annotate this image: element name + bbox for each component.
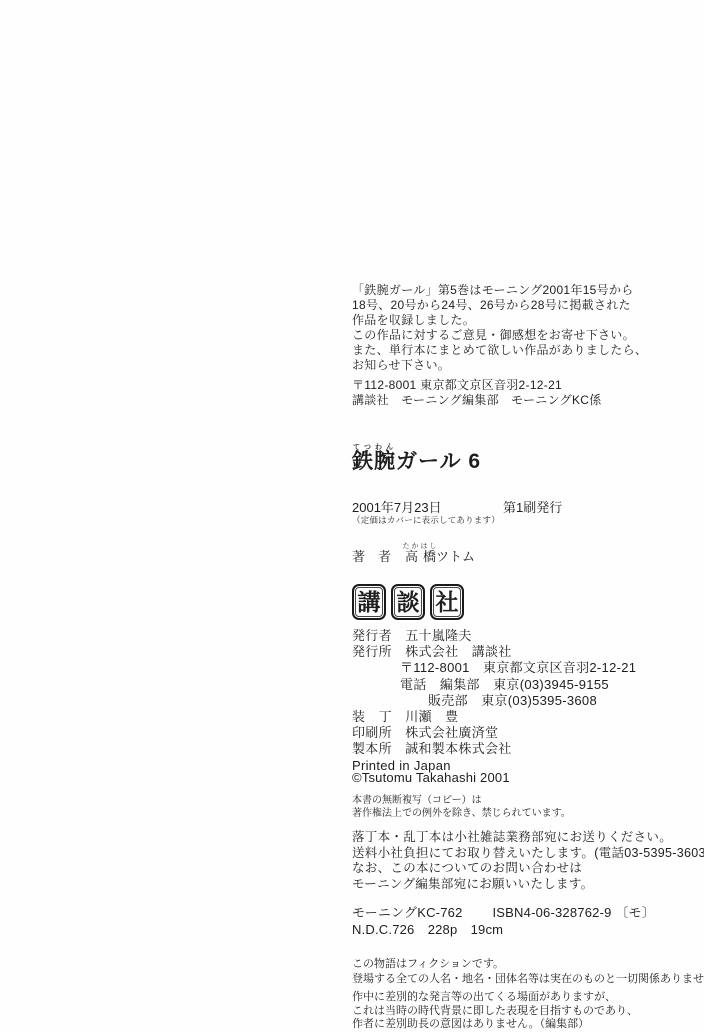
contact-postal-line: 〒112-8001 東京都文京区音羽2-12-21 [352, 378, 602, 393]
publisher-line-phone-editorial: 電話 編集部 東京(03)3945-9155 [352, 677, 636, 693]
copy-notice-line: 本書の無断複写（コピー）は [352, 794, 571, 807]
logo-char: 講 [352, 584, 386, 620]
copy-prohibition-notice: 本書の無断複写（コピー）は 著作権法上での例外を除き、禁じられています。 [352, 794, 571, 820]
price-note: （定価はカバーに表示してあります） [352, 514, 500, 526]
author-furigana: たかはし [403, 543, 439, 550]
kc-number: モーニングKC-762 [352, 905, 463, 920]
title-furigana: てつわん [352, 444, 396, 451]
fiction-line: 登場する全ての人名・地名・団体名等は実在のものと一切関係ありません。 [352, 972, 704, 987]
author-kanji: 高橋 [403, 549, 439, 564]
publisher-line-company: 発行所 株式会社 講談社 [352, 644, 636, 660]
fiction-line: この物語はフィクションです。 [352, 957, 704, 972]
author-line: 著 者高橋たかはしツトム [352, 543, 475, 565]
author-name: 高橋たかはしツトム [405, 549, 475, 564]
fiction-disclaimer: この物語はフィクションです。 登場する全ての人名・地名・団体名等は実在のものと一… [352, 957, 704, 987]
copy-notice-line: 著作権法上での例外を除き、禁じられています。 [352, 807, 571, 820]
colophon-page: 「鉄腕ガール」第5巻はモーニング2001年15号から 18号、20号から24号、… [0, 0, 704, 1032]
serialization-note-line: 「鉄腕ガール」第5巻はモーニング2001年15号から [352, 283, 647, 298]
publication-date: 2001年7月23日 [352, 500, 442, 515]
ndc-number: N.D.C.726 228p 19cm [352, 921, 655, 938]
publisher-line-phone-sales: 販売部 東京(03)5395-3608 [352, 693, 636, 709]
publisher-line-printer: 印刷所 株式会社廣済堂 [352, 725, 636, 741]
catalog-codes: モーニングKC-762ISBN4-06-328762-9 〔モ〕 N.D.C.7… [352, 904, 655, 938]
publisher-details: 発行者 五十嵐隆夫 発行所 株式会社 講談社 〒112-8001 東京都文京区音… [352, 628, 636, 774]
returns-line: 落丁本・乱丁本は小社雑誌業務部宛にお送りください。 [352, 830, 704, 846]
author-rest: ツトム [436, 549, 475, 564]
editorial-note: 作中に差別的な発言等の出てくる場面がありますが、 これは当時の時代背景に即した表… [352, 991, 638, 1032]
title-rest: ガール 6 [396, 450, 481, 473]
logo-char: 社 [430, 584, 464, 620]
editorial-line: 作者に差別助長の意図はありません。（編集部） [352, 1018, 638, 1032]
author-label: 著 者 [352, 549, 391, 564]
contact-dept-line: 講談社 モーニング編集部 モーニングKC係 [352, 393, 602, 408]
reader-contact-address: 〒112-8001 東京都文京区音羽2-12-21 講談社 モーニング編集部 モ… [352, 378, 602, 408]
serialization-note-line: また、単行本にまとめて欲しい作品がありましたら、 [352, 343, 647, 358]
publisher-line-design: 装 丁 川瀬 豊 [352, 709, 636, 725]
kodansha-logo: 講談社 [352, 584, 469, 620]
publisher-line-address: 〒112-8001 東京都文京区音羽2-12-21 [352, 660, 636, 676]
serialization-note-line: 作品を収録しました。 [352, 313, 647, 328]
title-kanji: 鉄腕 [352, 450, 396, 473]
book-title-text: 鉄腕てつわんガール 6 [352, 444, 481, 475]
returns-notice: 落丁本・乱丁本は小社雑誌業務部宛にお送りください。 送料小社負担にてお取り替えい… [352, 830, 704, 892]
book-title: 鉄腕てつわんガール 6 [352, 444, 481, 475]
printing-number: 第1刷発行 [503, 497, 562, 516]
serialization-note: 「鉄腕ガール」第5巻はモーニング2001年15号から 18号、20号から24号、… [352, 283, 647, 373]
isbn-number: ISBN4-06-328762-9 〔モ〕 [493, 905, 655, 920]
copyright-line: ©Tsutomu Takahashi 2001 [352, 770, 510, 785]
returns-line: なお、この本についてのお問い合わせは [352, 861, 704, 877]
logo-char: 談 [391, 584, 425, 620]
returns-line: モーニング編集部宛にお願いいたします。 [352, 877, 704, 893]
publisher-line-issuer: 発行者 五十嵐隆夫 [352, 628, 636, 644]
serialization-note-line: 18号、20号から24号、26号から28号に掲載された [352, 298, 647, 313]
serialization-note-line: この作品に対するご意見・御感想をお寄せ下さい。 [352, 328, 647, 343]
returns-line: 送料小社負担にてお取り替えいたします。(電話03-5395-3603 [352, 846, 704, 862]
publisher-line-binder: 製本所 誠和製本株式会社 [352, 741, 636, 757]
editorial-line: これは当時の時代背景に即した表現を目指すものであり、 [352, 1005, 638, 1019]
serialization-note-line: お知らせ下さい。 [352, 358, 647, 373]
editorial-line: 作中に差別的な発言等の出てくる場面がありますが、 [352, 991, 638, 1005]
